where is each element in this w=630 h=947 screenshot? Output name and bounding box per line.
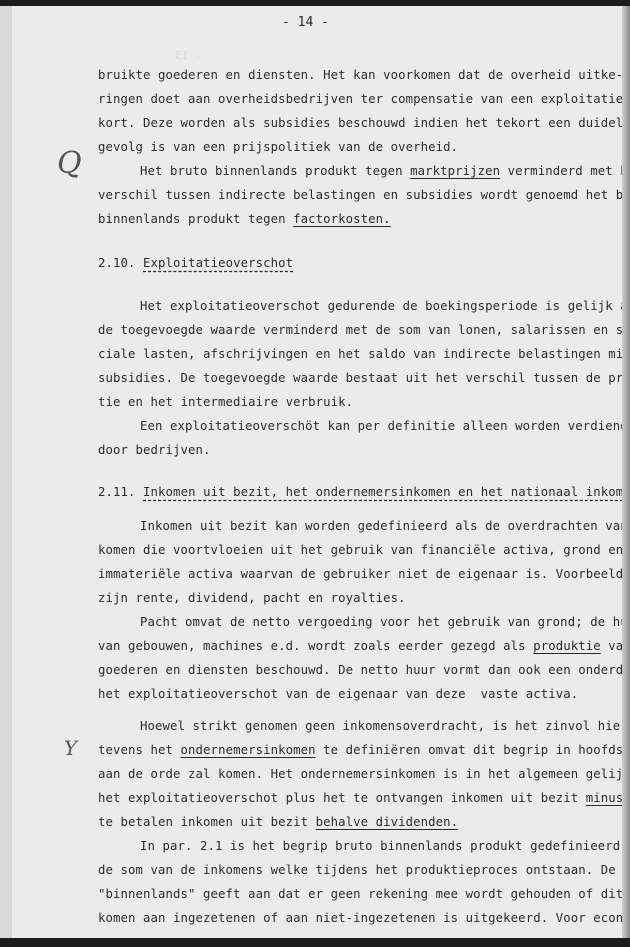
section-heading-2-11: 2.11. Inkomen uit bezit, het ondernemers… (98, 485, 630, 499)
text-line: de som van de inkomens welke tijdens het… (98, 863, 630, 877)
text-line: Pacht omvat de netto vergoeding voor het… (140, 615, 630, 629)
text-line: komen aan ingezetenen of aan niet-ingeze… (98, 911, 630, 925)
handwritten-q-note: Q (57, 146, 82, 181)
bleed-through-text: - 13 - (162, 46, 202, 66)
text-line: Het exploitatieoverschot gedurende de bo… (140, 299, 630, 313)
page-number: - 14 - (282, 15, 329, 30)
text-line: "binnenlands" geeft aan dat er geen reke… (98, 887, 630, 901)
text-line: tie en het intermediaire verbruik. (98, 395, 353, 409)
text-line: binnenlands produkt tegen factorkosten. (98, 212, 391, 226)
underlined-term: factorkosten. (293, 212, 391, 226)
text-line: immateriële activa waarvan de gebruiker … (98, 567, 630, 581)
section-number: 2.11. (98, 485, 136, 499)
text-line: verschil tussen indirecte belastingen en… (98, 188, 630, 202)
text: binnenlands produkt tegen (98, 212, 293, 226)
text-line: tevens het ondernemersinkomen te definië… (98, 743, 630, 757)
document-page: - 13 - - 14 - bruikte goederen en dienst… (0, 6, 622, 938)
text-line: zijn rente, dividend, pacht en royalties… (98, 591, 406, 605)
text-line: kort. Deze worden als subsidies beschouw… (98, 116, 630, 130)
underlined-term: behalve dividenden. (316, 815, 459, 829)
underlined-term: marktprijzen (410, 164, 500, 178)
text-line: ringen doet aan overheidsbedrijven ter c… (98, 92, 630, 106)
text: Het bruto binnenlands produkt tegen (140, 164, 410, 178)
text-line: van gebouwen, machines e.d. wordt zoals … (98, 639, 630, 653)
text: te betalen inkomen uit bezit (98, 815, 316, 829)
text-line: komen die voortvloeien uit het gebruik v… (98, 543, 623, 557)
text-line: gevolg is van een prijspolitiek van de o… (98, 140, 458, 154)
text-line: ciale lasten, afschrijvingen en het sald… (98, 347, 630, 361)
section-heading-2-10: 2.10. Exploitatieoverschot (98, 256, 293, 270)
text-line: Het bruto binnenlands produkt tegen mark… (140, 164, 630, 178)
text: te definiëren omvat dit begrip in hoofds… (316, 743, 630, 757)
text-line: subsidies. De toegevoegde waarde bestaat… (98, 371, 630, 385)
text: het (623, 791, 630, 805)
text-line: goederen en diensten beschouwd. De netto… (98, 663, 630, 677)
handwritten-y-note: Y (64, 736, 77, 760)
text: van (601, 639, 630, 653)
text: verminderd met het (500, 164, 630, 178)
text-line: het exploitatieoverschot van de eigenaar… (98, 687, 578, 701)
text-line: de toegevoegde waarde verminderd met de … (98, 323, 630, 337)
text-line: door bedrijven. (98, 443, 211, 457)
text-line: aan de orde zal komen. Het ondernemersin… (98, 767, 630, 781)
section-title: Inkomen uit bezit, het ondernemersinkome… (143, 485, 630, 499)
text-line: Hoewel strikt genomen geen inkomensoverd… (140, 719, 628, 733)
text-line: bruikte goederen en diensten. Het kan vo… (98, 68, 623, 82)
text-line: Inkomen uit bezit kan worden gedefinieer… (140, 519, 630, 533)
section-number: 2.10. (98, 256, 136, 270)
text: het exploitatieoverschot plus het te ont… (98, 791, 586, 805)
text-line: Een exploitatieoverschöt kan per definit… (140, 419, 628, 433)
underlined-term: ondernemersinkomen (181, 743, 316, 757)
text-line: het exploitatieoverschot plus het te ont… (98, 791, 630, 805)
text: tevens het (98, 743, 181, 757)
section-title: Exploitatieoverschot (143, 256, 293, 270)
text: van gebouwen, machines e.d. wordt zoals … (98, 639, 533, 653)
underlined-term: produktie (533, 639, 601, 653)
text-line: te betalen inkomen uit bezit behalve div… (98, 815, 458, 829)
underlined-term: minus (586, 791, 624, 805)
text-line: In par. 2.1 is het begrip bruto binnenla… (140, 839, 630, 853)
